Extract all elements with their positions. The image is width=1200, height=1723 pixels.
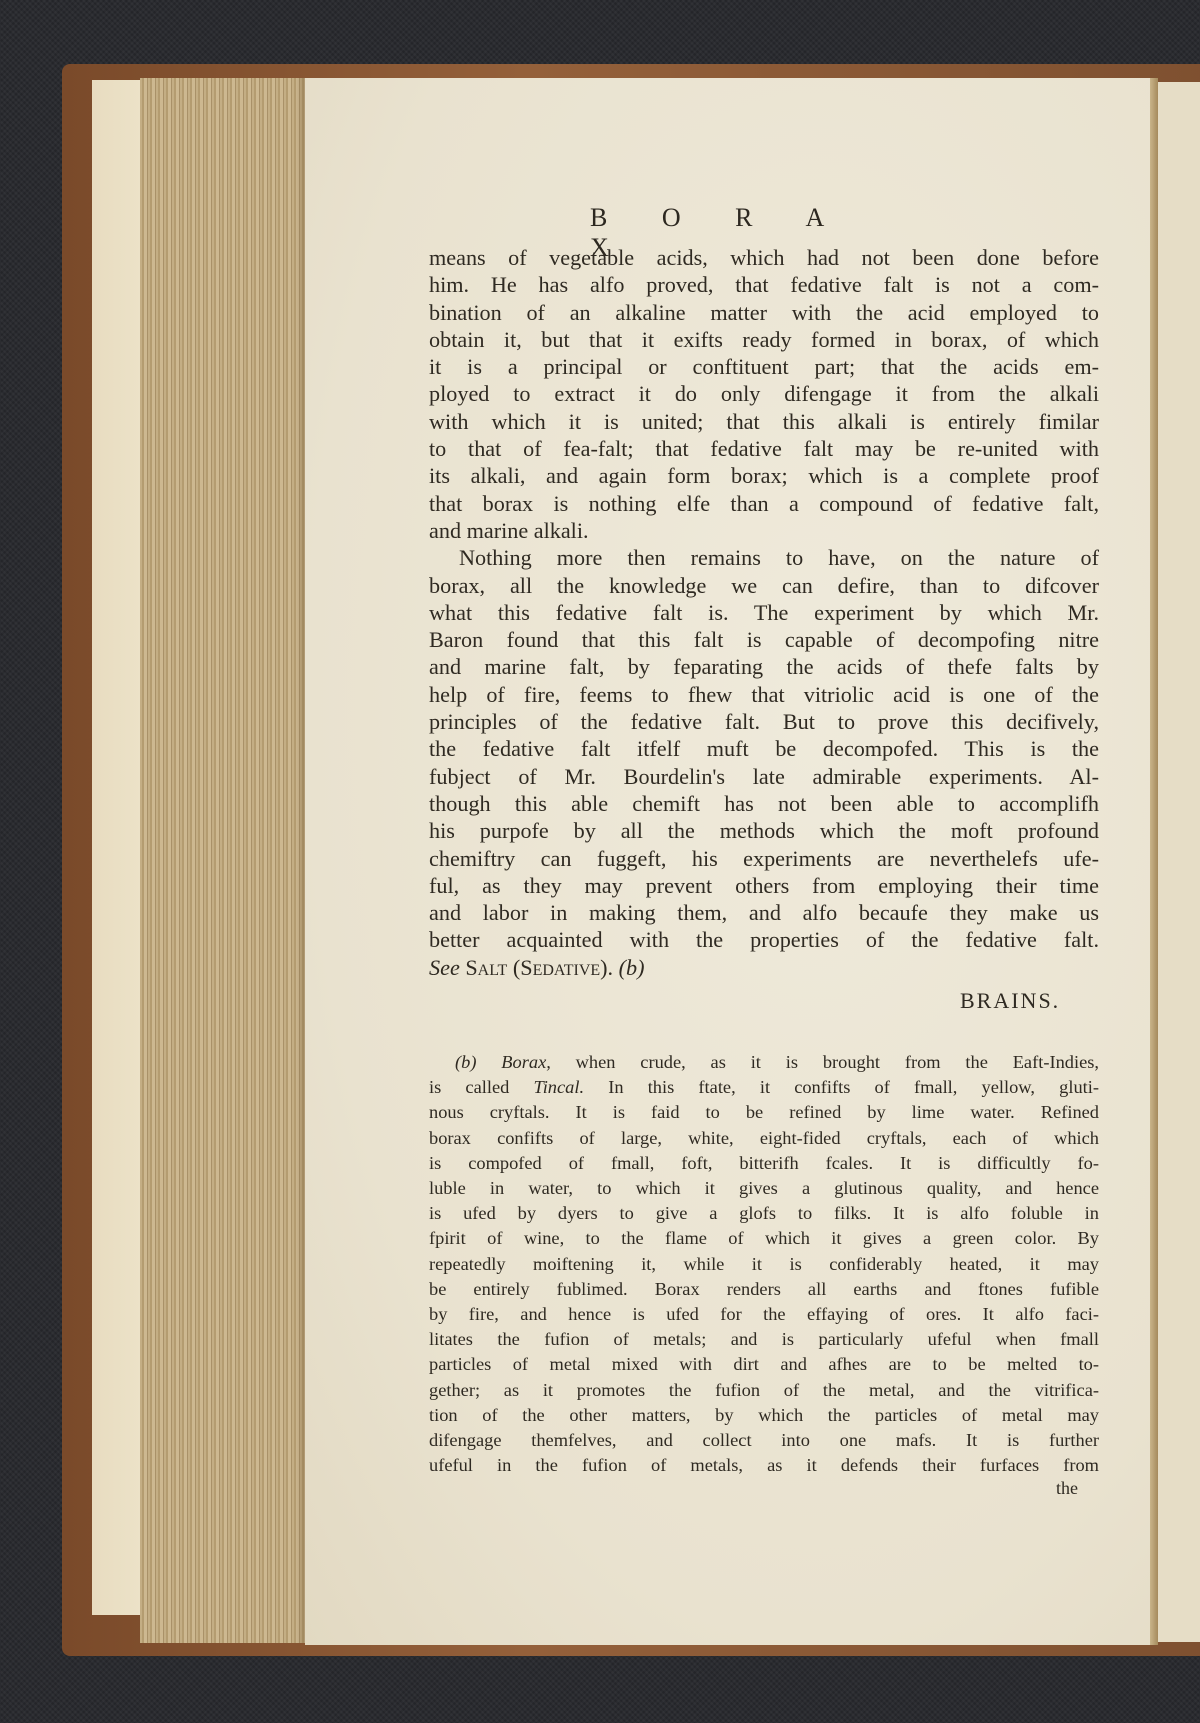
text-line: its alkali, and again form borax; which … bbox=[429, 462, 1099, 489]
see-label: See bbox=[429, 955, 460, 980]
footnote-line: litates the fufion of metals; and is par… bbox=[429, 1327, 1099, 1352]
text-line: his purpofe by all the methods which the… bbox=[429, 817, 1099, 844]
text-line: obtain it, but that it exifts ready form… bbox=[429, 326, 1099, 353]
main-text: means of vegetable acids, which had not … bbox=[429, 244, 1099, 981]
text-line: him. He has alfo proved, that fedative f… bbox=[429, 271, 1099, 298]
text-line: bination of an alkaline matter with the … bbox=[429, 299, 1099, 326]
text-line: fubject of Mr. Bourdelin's late admirabl… bbox=[429, 763, 1099, 790]
catchword-brains: BRAINS. bbox=[960, 988, 1060, 1014]
footnote-line: fpirit of wine, to the flame of which it… bbox=[429, 1226, 1099, 1251]
footnote-line: tion of the other matters, by which the … bbox=[429, 1403, 1099, 1428]
footnote-marker: (b) bbox=[455, 1052, 476, 1072]
footnote-line: by fire, and hence is ufed for the effay… bbox=[429, 1302, 1099, 1327]
footnote: (b) Borax, when crude, as it is brought … bbox=[429, 1050, 1099, 1478]
footnote-term-tincal: Tincal. bbox=[533, 1077, 584, 1097]
salt-ref: Salt bbox=[465, 955, 507, 980]
gutter bbox=[1150, 78, 1158, 1645]
facing-page-edge bbox=[1158, 82, 1200, 1642]
text-line: and marine falt, by feparating the acids… bbox=[429, 653, 1099, 680]
text-line: it is a principal or conftituent part; t… bbox=[429, 353, 1099, 380]
endpaper bbox=[92, 80, 142, 1615]
sedative-ref: (Sedative). bbox=[513, 955, 613, 980]
footnote-term: Borax, bbox=[501, 1052, 551, 1072]
text-line: ful, as they may prevent others from emp… bbox=[429, 872, 1099, 899]
footnote-line: luble in water, to which it gives a glut… bbox=[429, 1176, 1099, 1201]
footnote-text: is called bbox=[429, 1077, 509, 1097]
footnote-text: when crude, as it is brought from the Ea… bbox=[576, 1052, 1099, 1072]
cross-reference: See Salt (Sedative). (b) bbox=[429, 954, 1099, 981]
catchword-the: the bbox=[1056, 1478, 1078, 1499]
text-line: to that of fea-falt; that fedative falt … bbox=[429, 435, 1099, 462]
text-line: the fedative falt itfelf muft be decompo… bbox=[429, 735, 1099, 762]
text-line: better acquainted with the properties of… bbox=[429, 926, 1099, 953]
text-line: chemiftry can fuggeft, his experiments a… bbox=[429, 845, 1099, 872]
text-line: though this able chemift has not been ab… bbox=[429, 790, 1099, 817]
text-line: borax, all the knowledge we can defire, … bbox=[429, 572, 1099, 599]
footnote-line: gether; as it promotes the fufion of the… bbox=[429, 1378, 1099, 1403]
footnote-line: is compofed of fmall, foft, bitterifh fc… bbox=[429, 1151, 1099, 1176]
text-line: and marine alkali. bbox=[429, 517, 1099, 544]
text-line: Baron found that this falt is capable of… bbox=[429, 626, 1099, 653]
text-line: principles of the fedative falt. But to … bbox=[429, 708, 1099, 735]
footnote-line: repeatedly moiftening it, while it is co… bbox=[429, 1252, 1099, 1277]
footnote-line: particles of metal mixed with dirt and a… bbox=[429, 1352, 1099, 1377]
text-line: what this fedative falt is. The experime… bbox=[429, 599, 1099, 626]
text-line: with which it is united; that this alkal… bbox=[429, 408, 1099, 435]
text-line: help of fire, feems to fhew that vitriol… bbox=[429, 681, 1099, 708]
text-line: ployed to extract it do only difengage i… bbox=[429, 380, 1099, 407]
text-line: that borax is nothing elfe than a compou… bbox=[429, 490, 1099, 517]
footnote-line: be entirely fublimed. Borax renders all … bbox=[429, 1277, 1099, 1302]
footnote-text: In this ftate, it confifts of fmall, yel… bbox=[608, 1077, 1099, 1097]
footnote-mark: (b) bbox=[619, 955, 645, 980]
footnote-line: is called Tincal. In this ftate, it conf… bbox=[429, 1075, 1099, 1100]
text-line: Nothing more then remains to have, on th… bbox=[429, 544, 1099, 571]
page-edges bbox=[140, 78, 305, 1643]
text-line: and labor in making them, and alfo becau… bbox=[429, 899, 1099, 926]
footnote-line: difengage themfelves, and collect into o… bbox=[429, 1428, 1099, 1453]
footnote-line: is ufed by dyers to give a glofs to filk… bbox=[429, 1201, 1099, 1226]
footnote-line: (b) Borax, when crude, as it is brought … bbox=[429, 1050, 1099, 1075]
footnote-line: ufeful in the fufion of metals, as it de… bbox=[429, 1453, 1099, 1478]
footnote-line: borax confifts of large, white, eight-fi… bbox=[429, 1126, 1099, 1151]
footnote-line: nous cryftals. It is faid to be refined … bbox=[429, 1100, 1099, 1125]
text-line: means of vegetable acids, which had not … bbox=[429, 244, 1099, 271]
